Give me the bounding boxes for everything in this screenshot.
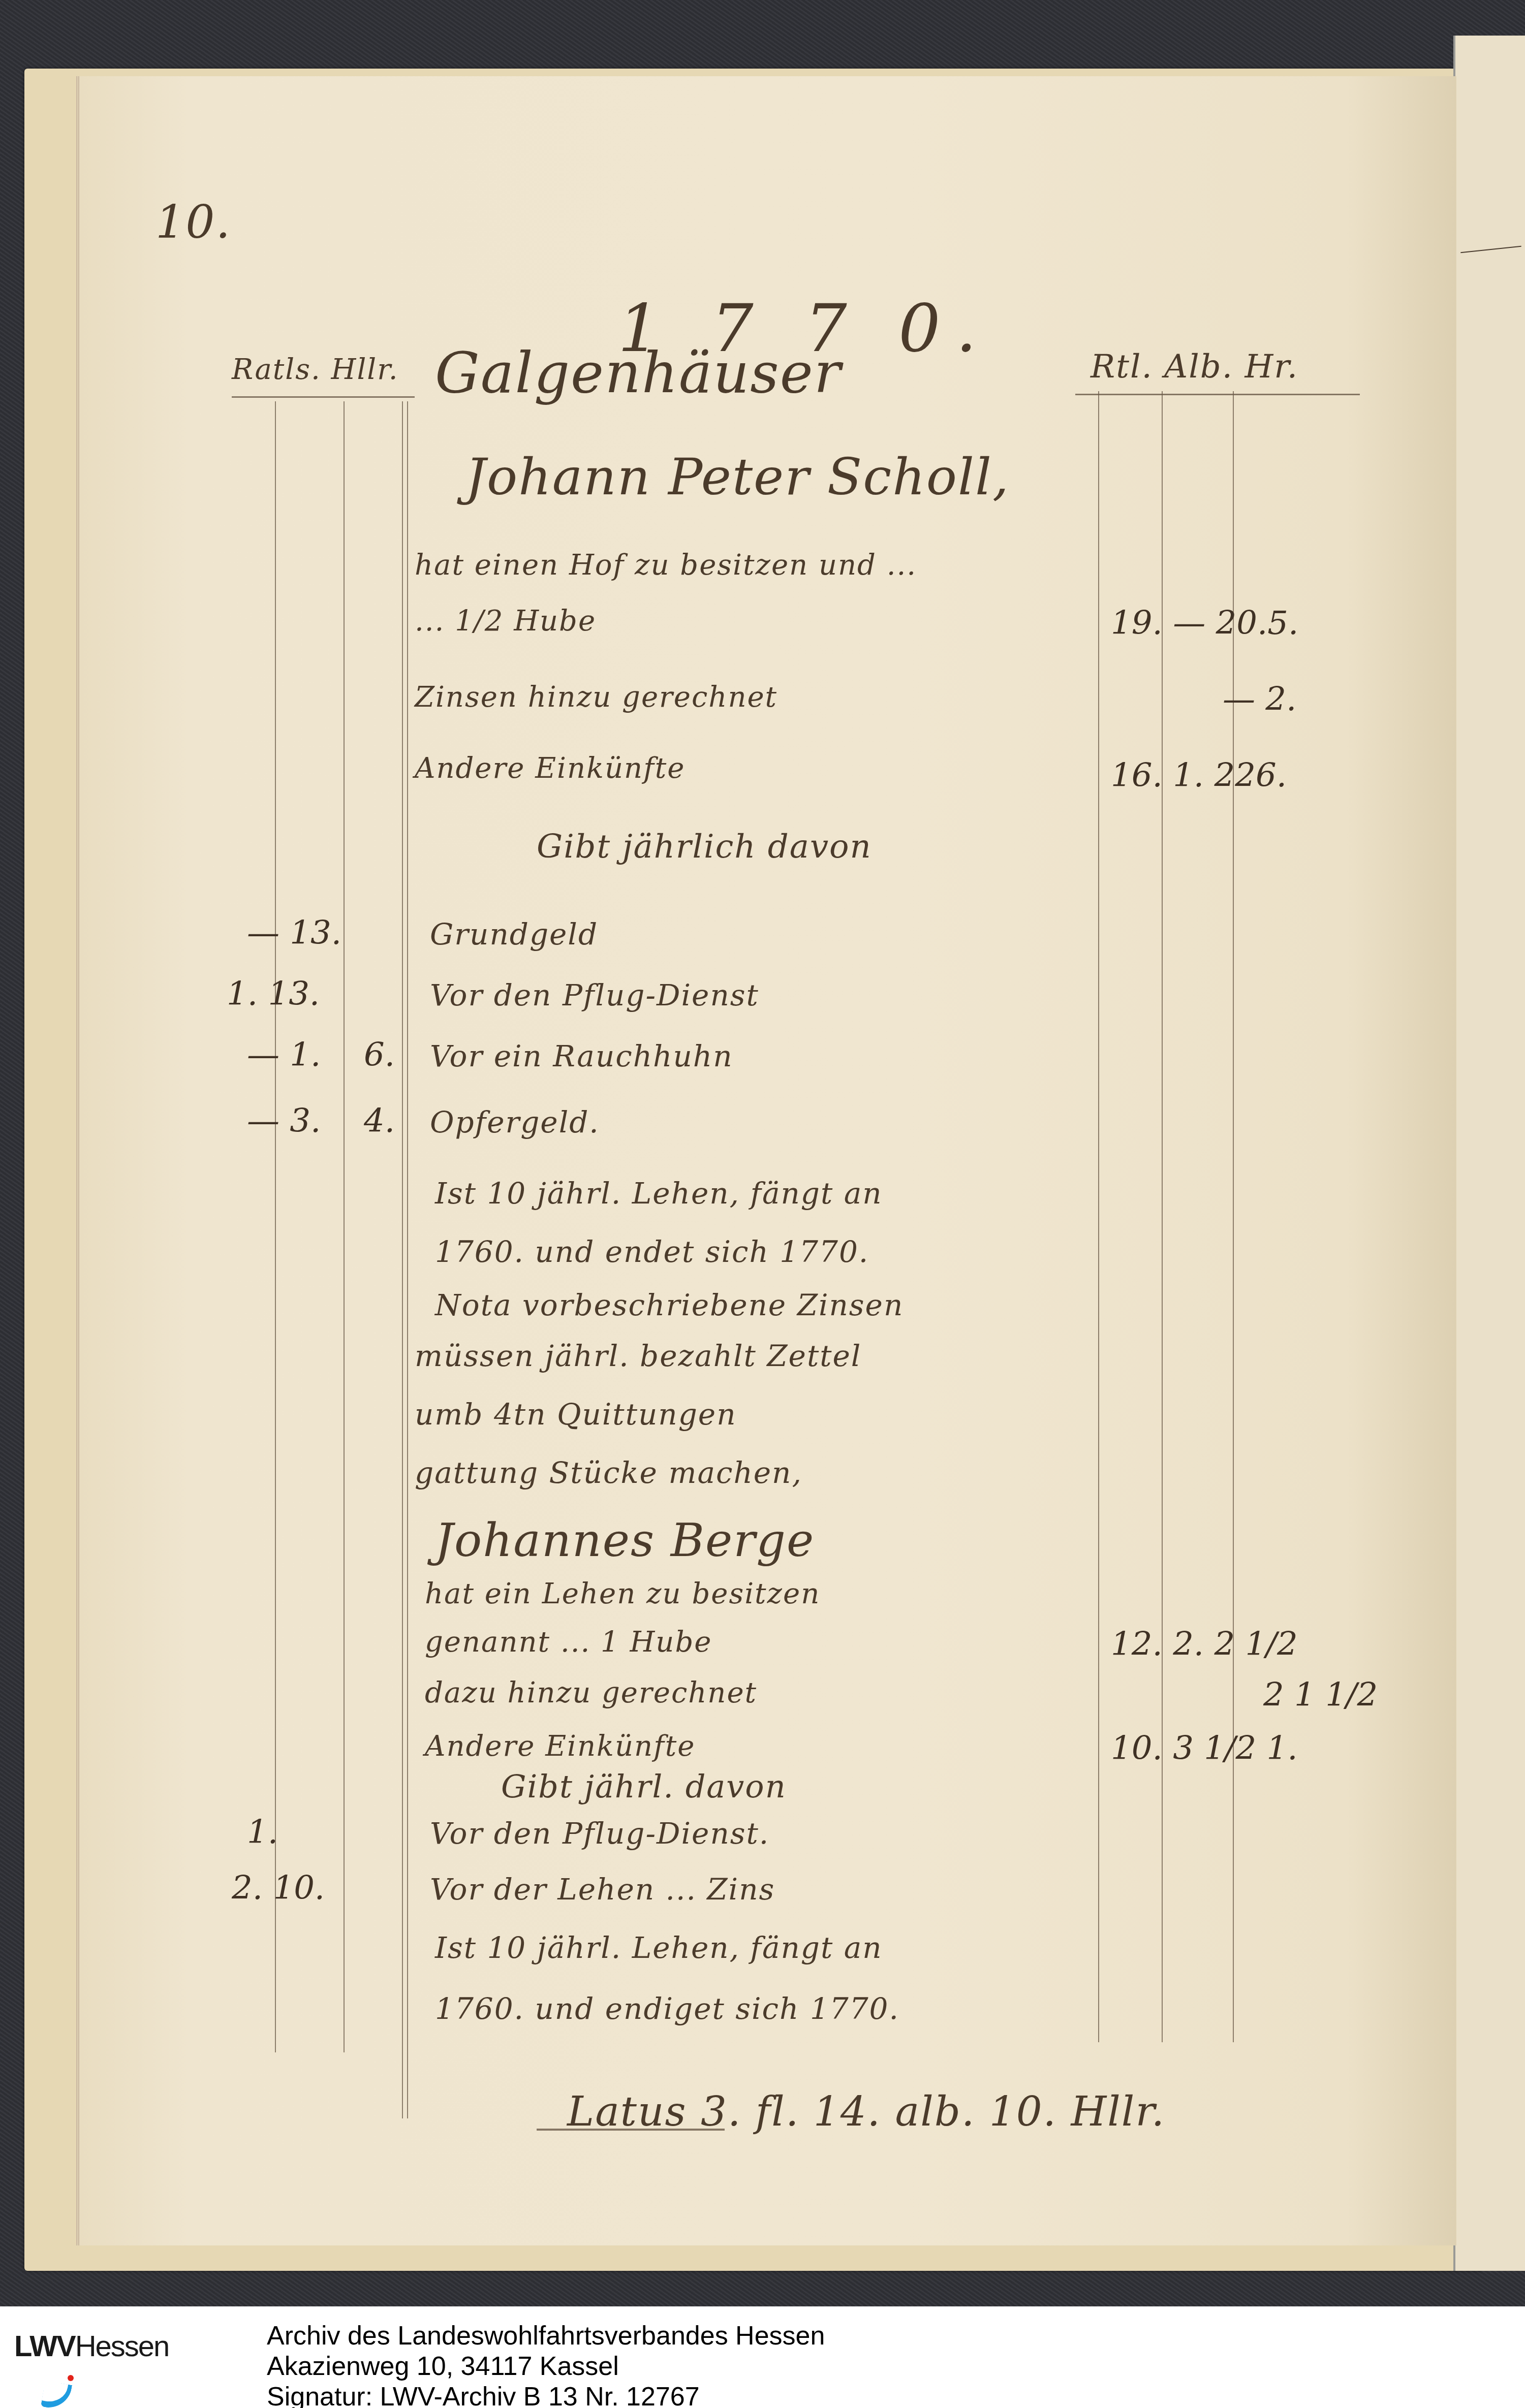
left-header-rule (232, 396, 415, 398)
facing-page-edge (1453, 36, 1525, 2271)
logo-dot-icon (68, 2375, 74, 2381)
entry-text: hat ein Lehen zu besitzen (425, 1577, 820, 1610)
left-col-rule-2 (344, 401, 345, 2052)
payment-text: Grundgeld (430, 917, 598, 952)
payment-text: Vor der Lehen ... Zins (430, 1872, 775, 1907)
place-heading: Galgenhäuser (435, 340, 842, 405)
logo-light: Hessen (75, 2330, 169, 2363)
archive-footer: LWVHessen Archiv des Landeswohlfahrtsver… (0, 2306, 1525, 2408)
facing-page-rule (1460, 246, 1521, 254)
page-number: 10. (155, 196, 231, 249)
logo-wordmark: LWVHessen (14, 2329, 169, 2363)
payment-left: 1. 13. (227, 975, 320, 1013)
entry-amount: 2 1 1/2 (1263, 1676, 1378, 1714)
logo-bold: LWV (14, 2330, 75, 2363)
left-column-header: Ratls. Hllr. (232, 353, 399, 386)
payment-text: Opfergeld. (430, 1105, 600, 1139)
entry-text: Andere Einkünfte (425, 1730, 696, 1763)
entry-text: ... 1/2 Hube (415, 605, 596, 638)
left-col-rule-1 (275, 401, 276, 2052)
entry-amount: 10. 3 1/2 1. (1111, 1730, 1298, 1767)
payment-mid: 4. (364, 1102, 395, 1140)
text-col-rule-b (407, 401, 408, 2118)
text-col-rule-a (402, 401, 403, 2118)
entry-amount: 12. 2. 2 1/2 (1111, 1626, 1298, 1663)
archive-signature: Signatur: LWV-Archiv B 13 Nr. 12767 (267, 2382, 825, 2408)
payment-left: — 1. (247, 1036, 321, 1074)
archive-address: Akazienweg 10, 34117 Kassel (267, 2351, 825, 2382)
note-line: Ist 10 jährl. Lehen, fängt an (435, 1176, 883, 1211)
payment-left: 2. 10. (232, 1870, 325, 1907)
entry-text: hat einen Hof zu besitzen und ... (415, 549, 917, 582)
entry-text: Andere Einkünfte (415, 752, 686, 785)
latus-total: Latus 3. fl. 14. alb. 10. Hllr. (567, 2088, 1165, 2135)
payment-text: Vor den Pflug-Dienst (430, 978, 759, 1012)
entry-text: genannt ... 1 Hube (425, 1626, 712, 1659)
note-line: 1760. und endet sich 1770. (435, 1234, 869, 1269)
note-line: Nota vorbeschriebene Zinsen (435, 1288, 904, 1322)
right-header-rule (1075, 394, 1360, 395)
tenant-name-2: Johannes Berge (435, 1514, 815, 1567)
payment-left: 1. (247, 1814, 278, 1851)
archive-name: Archiv des Landeswohlfahrtsverbandes Hes… (267, 2321, 825, 2351)
note-line: gattung Stücke machen, (415, 1455, 802, 1490)
payment-text: Vor den Pflug-Dienst. (430, 1816, 769, 1851)
payment-text: Vor ein Rauchhuhn (430, 1039, 733, 1073)
entry-amount: — 2. (1223, 681, 1296, 718)
entry-text: dazu hinzu gerechnet (425, 1676, 757, 1709)
entry-text: Zinsen hinzu gerechnet (415, 681, 777, 714)
archive-info: Archiv des Landeswohlfahrtsverbandes Hes… (267, 2321, 825, 2408)
amount-col-rule-1 (1098, 391, 1099, 2042)
note-line: umb 4tn Quittungen (415, 1397, 737, 1432)
section-heading: Gibt jährlich davon (537, 828, 872, 866)
right-column-header: Rtl. Alb. Hr. (1091, 348, 1298, 386)
tenant-name-1: Johann Peter Scholl, (465, 447, 1010, 506)
payment-left: — 3. (247, 1102, 321, 1140)
payment-mid: 6. (364, 1036, 395, 1074)
payment-left: — 13. (247, 914, 341, 952)
section-heading: Gibt jährl. davon (501, 1768, 787, 1805)
ledger-page: 10. 1 7 7 0. Ratls. Hllr. Galgenhäuser R… (76, 76, 1456, 2245)
note-line: müssen jährl. bezahlt Zettel (415, 1339, 861, 1373)
entry-amount: 16. 1. 226. (1111, 757, 1287, 795)
entry-amount: 19. — 20.5. (1111, 605, 1298, 642)
note-line: Ist 10 jährl. Lehen, fängt an (435, 1930, 883, 1965)
note-line: 1760. und endiget sich 1770. (435, 1991, 899, 2026)
